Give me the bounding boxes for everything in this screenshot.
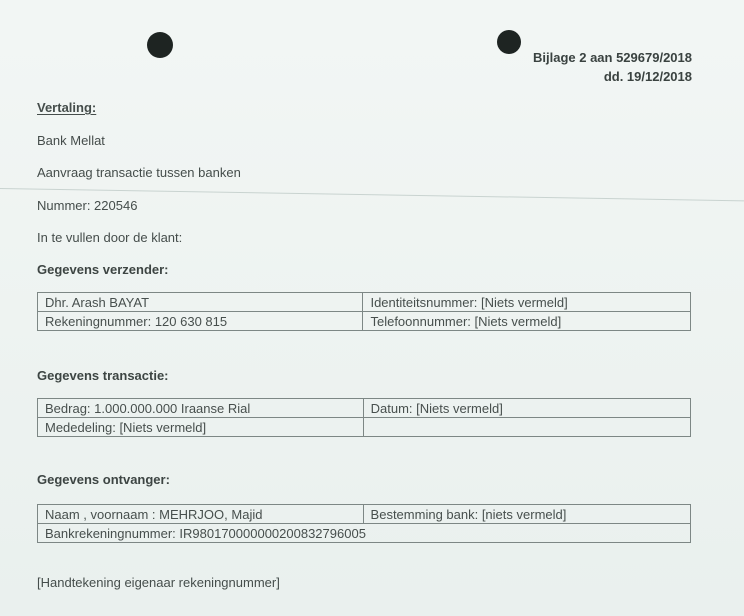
punch-hole-right (497, 30, 521, 54)
recipient-section-heading: Gegevens ontvanger: (37, 472, 170, 487)
transaction-table: Bedrag: 1.000.000.000 Iraanse Rial Datum… (37, 398, 691, 437)
annex-reference: Bijlage 2 aan 529679/2018 (533, 48, 692, 67)
transaction-message: Mededeling: [Niets vermeld] (38, 418, 364, 437)
scanned-document-page: Bijlage 2 aan 529679/2018 dd. 19/12/2018… (0, 0, 744, 616)
transaction-amount: Bedrag: 1.000.000.000 Iraanse Rial (38, 399, 364, 418)
recipient-bank-account-number: Bankrekeningnummer: IR980170000000200832… (38, 524, 691, 543)
recipient-destination-bank: Bestemming bank: [niets vermeld] (363, 505, 690, 524)
transaction-empty-cell (363, 418, 690, 437)
table-row: Rekeningnummer: 120 630 815 Telefoonnumm… (38, 312, 691, 331)
document-reference: Bijlage 2 aan 529679/2018 dd. 19/12/2018 (533, 48, 692, 86)
request-number: Nummer: 220546 (37, 198, 137, 213)
sender-section-heading: Gegevens verzender: (37, 262, 169, 277)
signature-note: [Handtekening eigenaar rekeningnummer] (37, 575, 280, 590)
table-row: Bankrekeningnummer: IR980170000000200832… (38, 524, 691, 543)
punch-hole-left (147, 32, 173, 58)
bank-name: Bank Mellat (37, 133, 105, 148)
sender-account-number: Rekeningnummer: 120 630 815 (38, 312, 363, 331)
transaction-section-heading: Gegevens transactie: (37, 368, 169, 383)
table-row: Bedrag: 1.000.000.000 Iraanse Rial Datum… (38, 399, 691, 418)
request-title: Aanvraag transactie tussen banken (37, 165, 241, 180)
translation-heading: Vertaling: (37, 100, 96, 115)
table-row: Mededeling: [Niets vermeld] (38, 418, 691, 437)
table-row: Naam , voornaam : MEHRJOO, Majid Bestemm… (38, 505, 691, 524)
fill-in-note: In te vullen door de klant: (37, 230, 182, 245)
sender-phone-number: Telefoonnummer: [Niets vermeld] (363, 312, 691, 331)
annex-date: dd. 19/12/2018 (533, 67, 692, 86)
sender-name: Dhr. Arash BAYAT (38, 293, 363, 312)
transaction-date: Datum: [Niets vermeld] (363, 399, 690, 418)
sender-table: Dhr. Arash BAYAT Identiteitsnummer: [Nie… (37, 292, 691, 331)
recipient-table: Naam , voornaam : MEHRJOO, Majid Bestemm… (37, 504, 691, 543)
table-row: Dhr. Arash BAYAT Identiteitsnummer: [Nie… (38, 293, 691, 312)
sender-id-number: Identiteitsnummer: [Niets vermeld] (363, 293, 691, 312)
recipient-name: Naam , voornaam : MEHRJOO, Majid (38, 505, 364, 524)
